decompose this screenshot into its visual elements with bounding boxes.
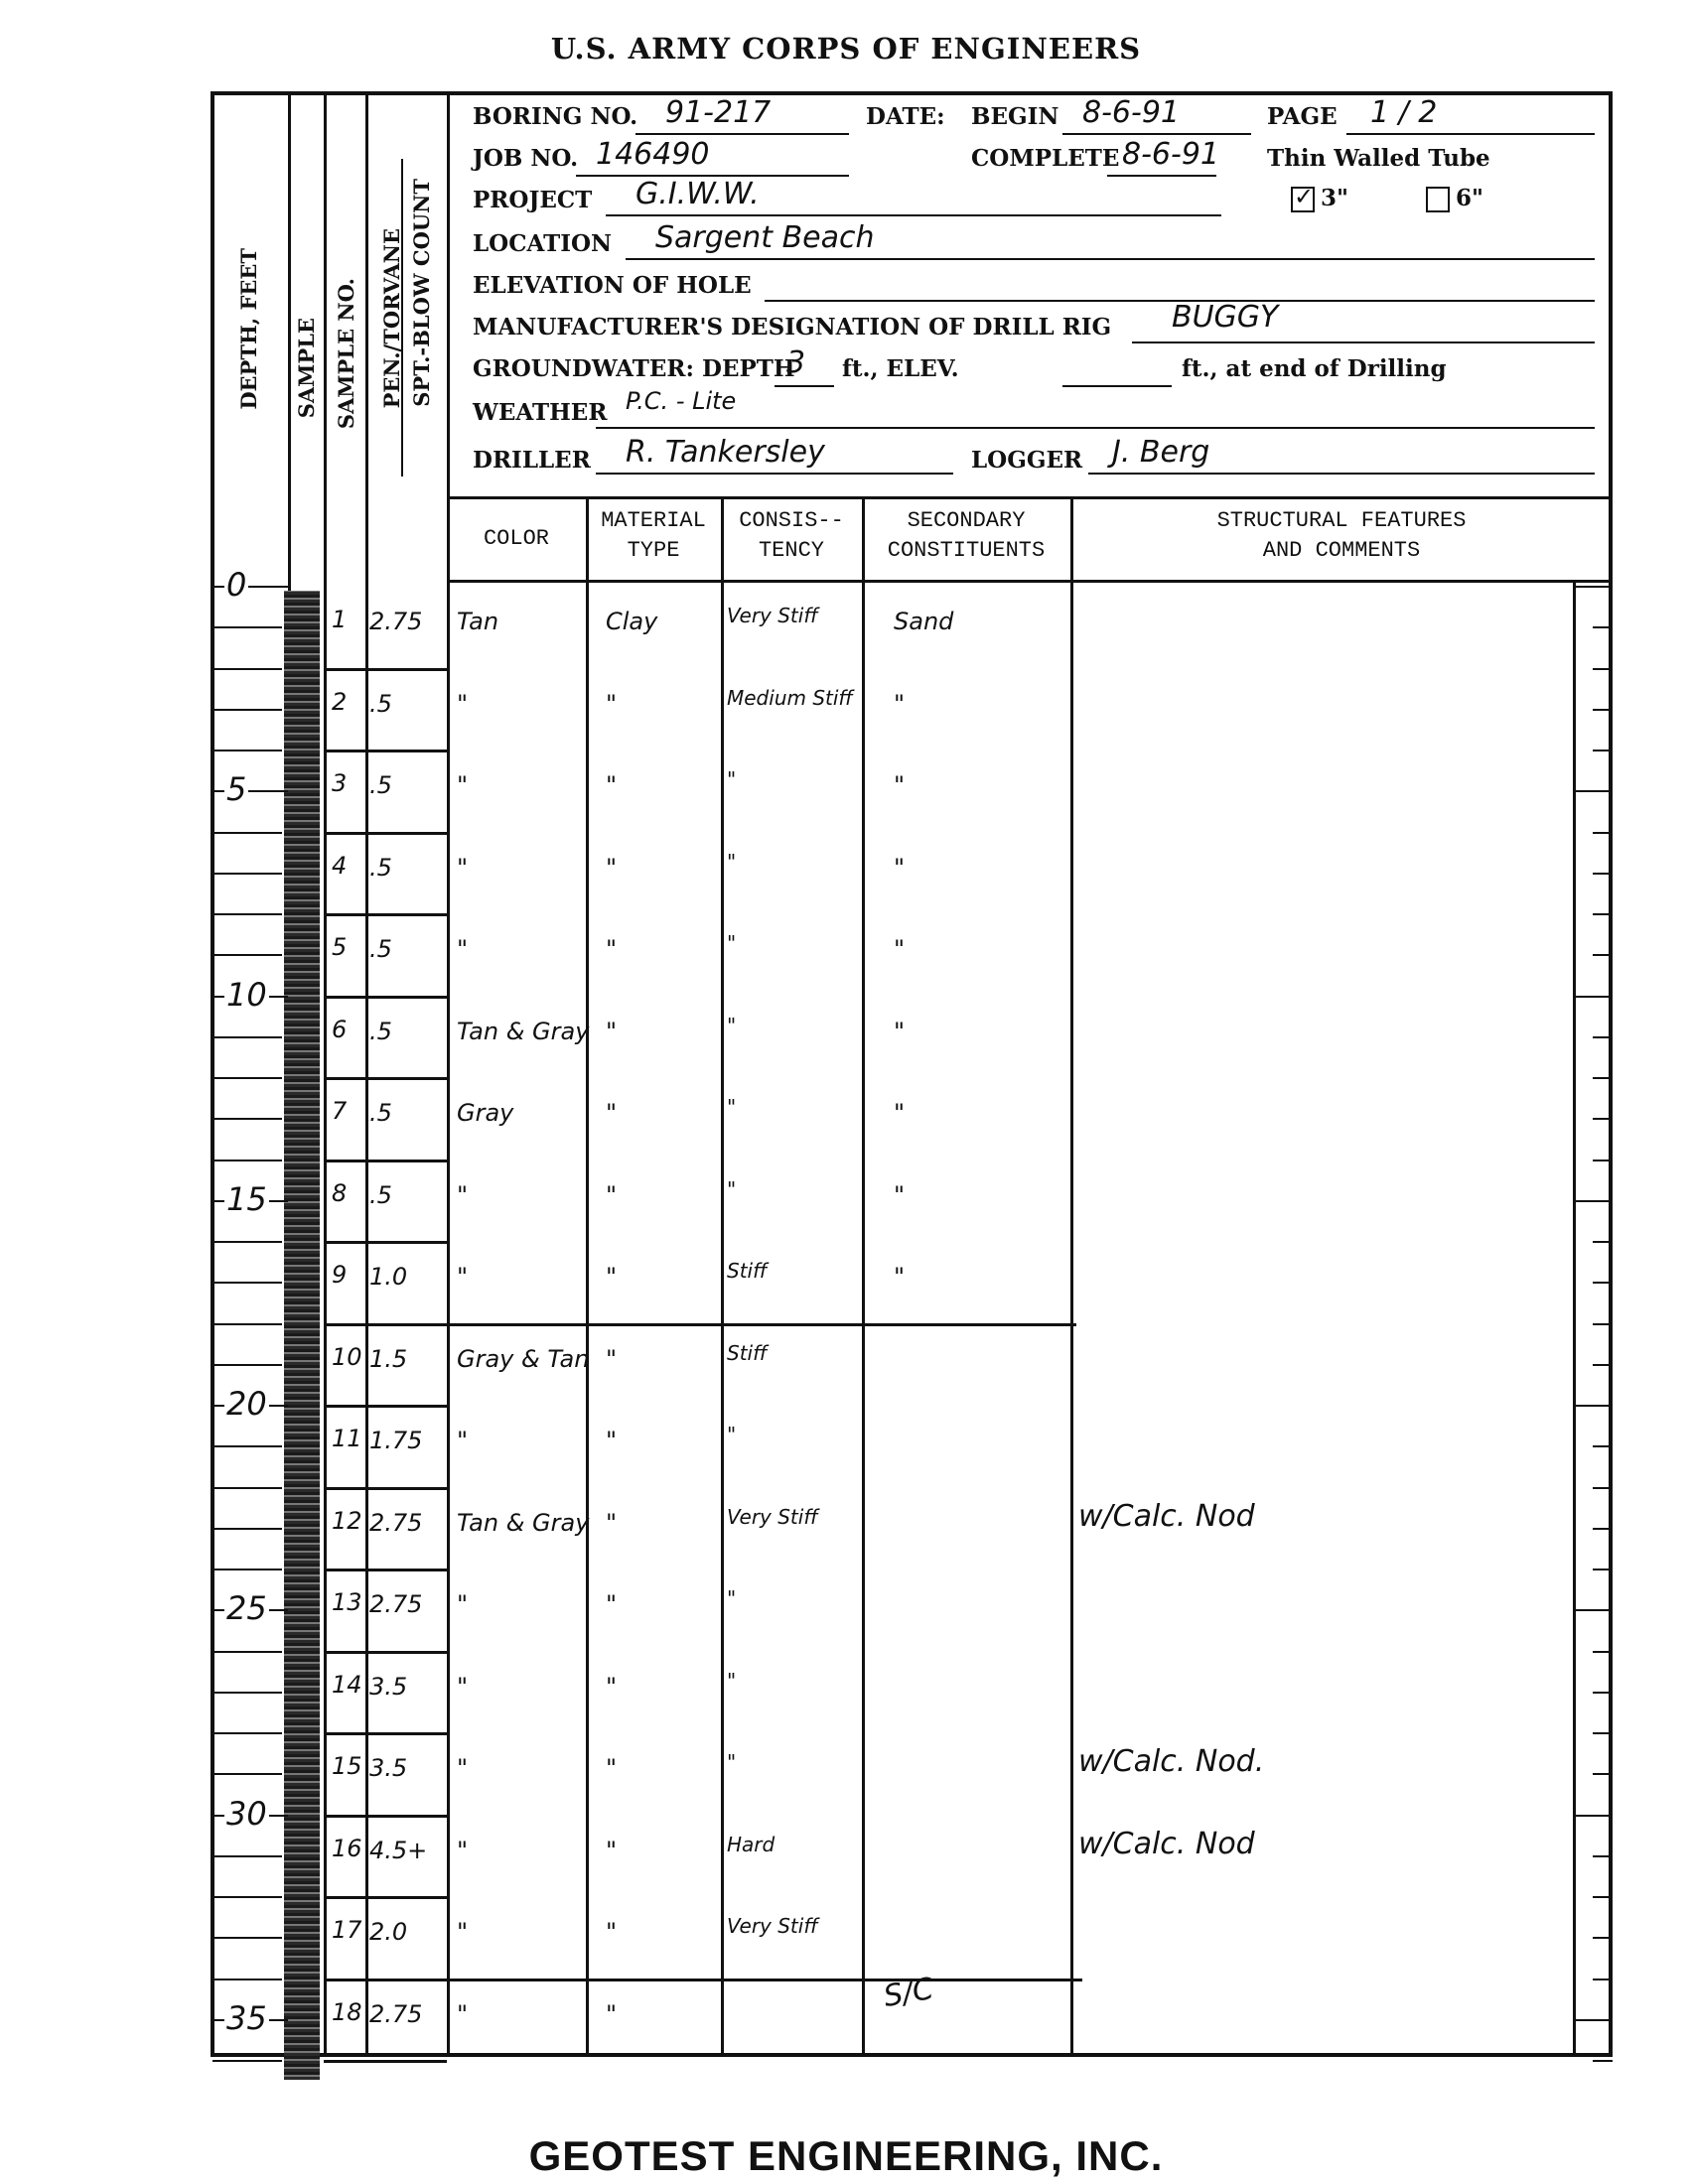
color-value[interactable]: " (457, 1263, 468, 1291)
underline (1062, 133, 1251, 135)
color-value[interactable]: " (457, 1427, 468, 1454)
job-no-label: JOB NO. (473, 145, 578, 172)
groundwater-suffix: ft., at end of Drilling (1182, 355, 1447, 382)
row-divider (324, 913, 447, 916)
color-value[interactable]: " (457, 854, 468, 882)
row-divider (324, 1160, 447, 1162)
scale-tick (1573, 996, 1613, 998)
checkbox-6in[interactable] (1426, 187, 1450, 212)
stratum-divider (447, 1323, 1076, 1326)
color-value[interactable]: " (457, 1837, 468, 1864)
job-no-value[interactable]: 146490 (596, 137, 710, 172)
complete-label: COMPLETE (971, 145, 1119, 172)
material-value[interactable]: " (606, 935, 617, 963)
color-value[interactable]: " (457, 1181, 468, 1209)
color-value[interactable]: Gray & Tan (457, 1345, 589, 1373)
consistency-value[interactable]: " (727, 1095, 736, 1119)
material-value[interactable]: " (606, 854, 617, 882)
row-divider (324, 668, 447, 671)
scale-tick (1593, 1692, 1613, 1694)
scale-tick (1593, 1651, 1613, 1653)
underline (775, 385, 834, 387)
drill-rig-label: MANUFACTURER'S DESIGNATION OF DRILL RIG (473, 314, 1111, 341)
depth-label: 20 (224, 1385, 269, 1423)
pen-torvane-value[interactable]: 2.75 (369, 2000, 422, 2028)
tube-option-6in-label: 6" (1456, 185, 1483, 211)
color-value[interactable]: " (457, 690, 468, 718)
color-value[interactable]: " (457, 935, 468, 963)
comments-value[interactable]: w/Calc. Nod. (1078, 1744, 1264, 1779)
pen-torvane-value[interactable]: 1.5 (369, 1345, 407, 1373)
project-value[interactable]: G.I.W.W. (635, 177, 760, 211)
consistency-value[interactable]: Very Stiff (727, 604, 818, 627)
color-value[interactable]: " (457, 771, 468, 799)
column-header-depth: DEPTH, FEET (236, 248, 261, 410)
color-value[interactable]: " (457, 2000, 468, 2028)
consistency-value[interactable]: " (727, 1669, 736, 1693)
pen-torvane-value[interactable]: 2.0 (369, 1918, 407, 1946)
elevation-label: ELEVATION OF HOLE (473, 272, 752, 299)
column-header-spt-blow: SPT.-BLOW COUNT (409, 179, 434, 407)
row-divider (324, 1405, 447, 1408)
sample-core-bar (284, 591, 320, 2080)
row-divider (324, 1323, 447, 1326)
sample-number: 18 (332, 1998, 362, 2026)
underline (1346, 133, 1595, 135)
material-value[interactable]: " (606, 1754, 617, 1782)
depth-label: 15 (224, 1180, 269, 1218)
comments-value[interactable]: w/Calc. Nod (1078, 1499, 1255, 1534)
scale-tick (1573, 790, 1613, 792)
divider (586, 496, 589, 2057)
groundwater-depth-value[interactable]: 3 (786, 345, 805, 380)
material-value[interactable]: " (606, 1427, 617, 1454)
depth-tick (212, 1364, 282, 1366)
consistency-value[interactable]: Stiff (727, 1259, 768, 1283)
secondary-value[interactable]: " (894, 1181, 905, 1209)
material-value[interactable]: " (606, 1181, 617, 1209)
color-value[interactable]: " (457, 1590, 468, 1618)
row-divider (324, 1241, 447, 1244)
sample-number: 9 (332, 1261, 347, 1289)
boring-no-label: BORING NO. (473, 103, 637, 130)
depth-tick (212, 832, 282, 834)
material-value[interactable]: " (606, 690, 617, 718)
sample-number: 3 (332, 769, 347, 797)
consistency-value[interactable]: Hard (727, 1833, 775, 1856)
divider (324, 91, 327, 2057)
material-value[interactable]: " (606, 1263, 617, 1291)
row-divider (324, 2060, 447, 2063)
depth-tick (212, 873, 282, 875)
color-value[interactable]: " (457, 1754, 468, 1782)
sample-number: 11 (332, 1425, 362, 1452)
pen-torvane-value[interactable]: .5 (369, 935, 392, 963)
date-label: DATE: (866, 103, 945, 130)
secondary-value[interactable]: " (894, 1099, 905, 1127)
sample-number: 5 (332, 933, 347, 961)
driller-label: DRILLER (473, 447, 591, 474)
logger-value[interactable]: J. Berg (1112, 435, 1209, 470)
underline (1107, 175, 1216, 177)
begin-label: BEGIN (971, 103, 1058, 130)
color-value[interactable]: Tan & Gray (457, 1509, 589, 1537)
sample-number: 2 (332, 688, 347, 716)
pen-torvane-value[interactable]: 1.0 (369, 1263, 407, 1291)
scale-tick (1593, 1160, 1613, 1161)
color-value[interactable]: " (457, 1918, 468, 1946)
page-label: PAGE (1267, 103, 1338, 130)
column-header-structural-line2: AND COMMENTS (1070, 536, 1613, 566)
complete-date-value[interactable]: 8-6-91 (1122, 137, 1219, 172)
column-header-sample: SAMPLE (294, 318, 319, 418)
secondary-value[interactable]: " (894, 690, 905, 718)
pen-torvane-value[interactable]: 1.75 (369, 1427, 422, 1454)
column-header-consistency-line2: TENCY (721, 536, 862, 566)
depth-tick (212, 668, 282, 670)
scale-tick (1593, 1569, 1613, 1570)
consistency-value[interactable]: Very Stiff (727, 1914, 818, 1938)
sample-number: 8 (332, 1179, 347, 1207)
sample-number: 16 (332, 1835, 362, 1862)
depth-label: 10 (224, 976, 269, 1014)
underline (1132, 341, 1595, 343)
scale-tick (1573, 1405, 1613, 1407)
row-divider (324, 996, 447, 999)
scale-tick (1593, 1364, 1613, 1366)
underline (606, 214, 1221, 216)
row-divider (324, 1569, 447, 1571)
column-header-consistency-line1: CONSIS-- (721, 506, 862, 536)
pen-torvane-value[interactable]: .5 (369, 1018, 392, 1045)
scale-tick (1593, 1937, 1613, 1939)
divider (365, 91, 368, 2057)
scale-tick (1593, 954, 1613, 956)
column-header-color: COLOR (447, 524, 586, 554)
pen-torvane-value[interactable]: 2.75 (369, 1509, 422, 1537)
sample-number: 4 (332, 852, 347, 880)
material-value[interactable]: " (606, 1018, 617, 1045)
column-header-structural-line1: STRUCTURAL FEATURES (1070, 506, 1613, 536)
secondary-value[interactable]: " (894, 771, 905, 799)
project-label: PROJECT (473, 187, 592, 213)
depth-label: 25 (224, 1589, 269, 1627)
pen-torvane-value[interactable]: 3.5 (369, 1754, 407, 1782)
consistency-value[interactable]: Stiff (727, 1341, 768, 1365)
column-header-sample-no: SAMPLE NO. (334, 278, 358, 429)
depth-tick (212, 1979, 282, 1980)
pen-torvane-value[interactable]: .5 (369, 1099, 392, 1127)
depth-label: 0 (224, 566, 248, 604)
divider (721, 496, 724, 2057)
pen-torvane-value[interactable]: 3.5 (369, 1673, 407, 1701)
scale-tick (1593, 1732, 1613, 1734)
underline (635, 133, 849, 135)
scale-tick (1593, 2060, 1613, 2062)
material-value[interactable]: " (606, 1590, 617, 1618)
boring-no-value[interactable]: 91-217 (665, 95, 771, 130)
scale-tick (1593, 1445, 1613, 1447)
scale-tick (1593, 1036, 1613, 1038)
material-value[interactable]: " (606, 1673, 617, 1701)
row-divider (324, 1732, 447, 1735)
material-value[interactable]: " (606, 1509, 617, 1537)
depth-tick (212, 1241, 282, 1243)
row-divider (324, 832, 447, 835)
depth-tick (212, 1160, 282, 1161)
consistency-value[interactable]: Medium Stiff (727, 686, 853, 710)
groundwater-elev-field[interactable] (1062, 385, 1172, 387)
secondary-value[interactable]: Sand (894, 608, 953, 635)
scale-tick (1593, 1118, 1613, 1120)
depth-tick (212, 1692, 282, 1694)
depth-tick (212, 1487, 282, 1489)
depth-tick (212, 954, 282, 956)
consistency-value[interactable]: " (727, 767, 736, 791)
column-header-secondary-line2: CONSTITUENTS (862, 536, 1070, 566)
material-value[interactable]: " (606, 1345, 617, 1373)
scale-tick (1593, 873, 1613, 875)
pen-torvane-value[interactable]: .5 (369, 771, 392, 799)
material-value[interactable]: Clay (606, 608, 657, 635)
column-header-material-line2: TYPE (586, 536, 721, 566)
groundwater-label: GROUNDWATER: DEPTH (473, 355, 795, 382)
drill-rig-value[interactable]: BUGGY (1172, 300, 1278, 335)
row-divider (324, 1077, 447, 1080)
secondary-value[interactable]: " (894, 1263, 905, 1291)
depth-tick (212, 709, 282, 711)
column-header-material-line1: MATERIAL (586, 506, 721, 536)
color-value[interactable]: Tan (457, 608, 498, 635)
consistency-value[interactable]: " (727, 1750, 736, 1774)
driller-value[interactable]: R. Tankersley (626, 435, 825, 470)
underline (596, 473, 953, 475)
consistency-value[interactable]: " (727, 1423, 736, 1446)
row-divider (324, 1487, 447, 1490)
depth-tick (212, 1445, 282, 1447)
pen-torvane-value[interactable]: 4.5+ (369, 1837, 427, 1864)
location-label: LOCATION (473, 230, 612, 257)
scale-tick (1593, 1077, 1613, 1079)
underline (626, 258, 1595, 260)
depth-tick (212, 1937, 282, 1939)
depth-tick (212, 1732, 282, 1734)
row-divider (324, 1979, 447, 1981)
divider (447, 496, 1613, 499)
row-divider (324, 1651, 447, 1654)
underline (596, 427, 1595, 429)
row-divider (324, 1896, 447, 1899)
tube-option-3in[interactable]: 3" (1291, 185, 1348, 212)
sample-number: 1 (332, 606, 347, 633)
stratum-divider (447, 1979, 1082, 1981)
material-value[interactable]: " (606, 1837, 617, 1864)
scale-tick (1593, 1282, 1613, 1284)
location-value[interactable]: Sargent Beach (655, 220, 875, 255)
groundwater-elev-label: ft., ELEV. (842, 355, 959, 382)
pen-torvane-value[interactable]: .5 (369, 854, 392, 882)
color-value[interactable]: " (457, 1673, 468, 1701)
tube-option-3in-label: 3" (1321, 185, 1348, 211)
consistency-value[interactable]: " (727, 850, 736, 874)
scale-tick (1593, 1241, 1613, 1243)
column-header-material: MATERIAL TYPE (586, 506, 721, 566)
scale-tick (1593, 1979, 1613, 1980)
depth-tick (212, 1651, 282, 1653)
divider (1070, 496, 1073, 2057)
scale-tick (1593, 1528, 1613, 1530)
row-divider (324, 750, 447, 752)
depth-tick (212, 1036, 282, 1038)
depth-tick (212, 1773, 282, 1775)
material-value[interactable]: " (606, 2000, 617, 2028)
depth-tick (212, 2060, 282, 2062)
scale-tick (1593, 1896, 1613, 1898)
scale-tick (1593, 1773, 1613, 1775)
scale-tick (1573, 586, 1613, 588)
depth-tick (212, 1569, 282, 1570)
sample-number: 13 (332, 1588, 362, 1616)
depth-tick (212, 1896, 282, 1898)
weather-value[interactable]: P.C. - Lite (626, 387, 736, 415)
scale-tick (1593, 709, 1613, 711)
secondary-value[interactable]: " (894, 1018, 905, 1045)
consistency-value[interactable]: " (727, 1014, 736, 1037)
scale-tick (1593, 668, 1613, 670)
begin-date-value[interactable]: 8-6-91 (1082, 95, 1180, 130)
comments-value[interactable]: w/Calc. Nod (1078, 1827, 1255, 1861)
scale-tick (1593, 1855, 1613, 1857)
scale-tick (1593, 750, 1613, 751)
pen-torvane-value[interactable]: .5 (369, 690, 392, 718)
consistency-value[interactable]: " (727, 1586, 736, 1610)
divider (1573, 580, 1576, 2057)
page-value[interactable]: 1 / 2 (1370, 95, 1437, 130)
logger-label: LOGGER (971, 447, 1082, 474)
pen-torvane-value[interactable]: 2.75 (369, 608, 422, 635)
sample-number: 17 (332, 1916, 362, 1944)
scale-tick (1593, 1323, 1613, 1325)
divider (447, 91, 450, 2057)
secondary-value[interactable]: " (894, 935, 905, 963)
sample-number: 15 (332, 1752, 362, 1780)
depth-label: 5 (224, 770, 248, 808)
scale-tick (1573, 1609, 1613, 1611)
divider (401, 159, 403, 477)
underline (1088, 473, 1595, 475)
material-value[interactable]: " (606, 1918, 617, 1946)
sample-number: 14 (332, 1671, 362, 1699)
depth-tick (212, 626, 282, 628)
scale-tick (1593, 832, 1613, 834)
scale-tick (1573, 2019, 1613, 2021)
material-value[interactable]: " (606, 1099, 617, 1127)
divider (447, 580, 1613, 583)
depth-tick (212, 1323, 282, 1325)
sample-number: 10 (332, 1343, 362, 1371)
agency-title: U.S. ARMY CORPS OF ENGINEERS (0, 32, 1692, 66)
column-header-consistency: CONSIS-- TENCY (721, 506, 862, 566)
scale-tick (1573, 1815, 1613, 1817)
scale-tick (1593, 626, 1613, 628)
depth-tick (212, 750, 282, 751)
scale-tick (1593, 1487, 1613, 1489)
depth-tick (212, 913, 282, 915)
color-value[interactable]: Tan & Gray (457, 1018, 589, 1045)
column-header-secondary: SECONDARY CONSTITUENTS (862, 506, 1070, 566)
depth-tick (212, 1077, 282, 1079)
row-divider (324, 1815, 447, 1818)
secondary-value[interactable]: " (894, 854, 905, 882)
sample-number: 7 (332, 1097, 347, 1125)
consistency-value[interactable]: " (727, 931, 736, 955)
checkbox-3in[interactable] (1291, 187, 1315, 212)
column-header-secondary-line1: SECONDARY (862, 506, 1070, 536)
tube-option-6in[interactable]: 6" (1426, 185, 1483, 212)
weather-label: WEATHER (473, 399, 607, 426)
scale-tick (1593, 913, 1613, 915)
divider (862, 496, 865, 2057)
material-value[interactable]: " (606, 771, 617, 799)
pen-torvane-value[interactable]: .5 (369, 1181, 392, 1209)
depth-label: 30 (224, 1795, 269, 1833)
sample-number: 6 (332, 1016, 347, 1043)
depth-tick (212, 1118, 282, 1120)
pen-torvane-value[interactable]: 2.75 (369, 1590, 422, 1618)
depth-tick (212, 1855, 282, 1857)
sample-number: 12 (332, 1507, 362, 1535)
depth-tick (212, 1528, 282, 1530)
column-header-structural: STRUCTURAL FEATURES AND COMMENTS (1070, 506, 1613, 566)
thin-walled-tube-label: Thin Walled Tube (1267, 145, 1490, 172)
consistency-value[interactable]: " (727, 1177, 736, 1201)
color-value[interactable]: Gray (457, 1099, 513, 1127)
depth-tick (212, 1282, 282, 1284)
consistency-value[interactable]: Very Stiff (727, 1505, 818, 1529)
company-footer: GEOTEST ENGINEERING, INC. (0, 2132, 1692, 2180)
depth-label: 35 (224, 1999, 269, 2037)
scale-tick (1573, 1200, 1613, 1202)
